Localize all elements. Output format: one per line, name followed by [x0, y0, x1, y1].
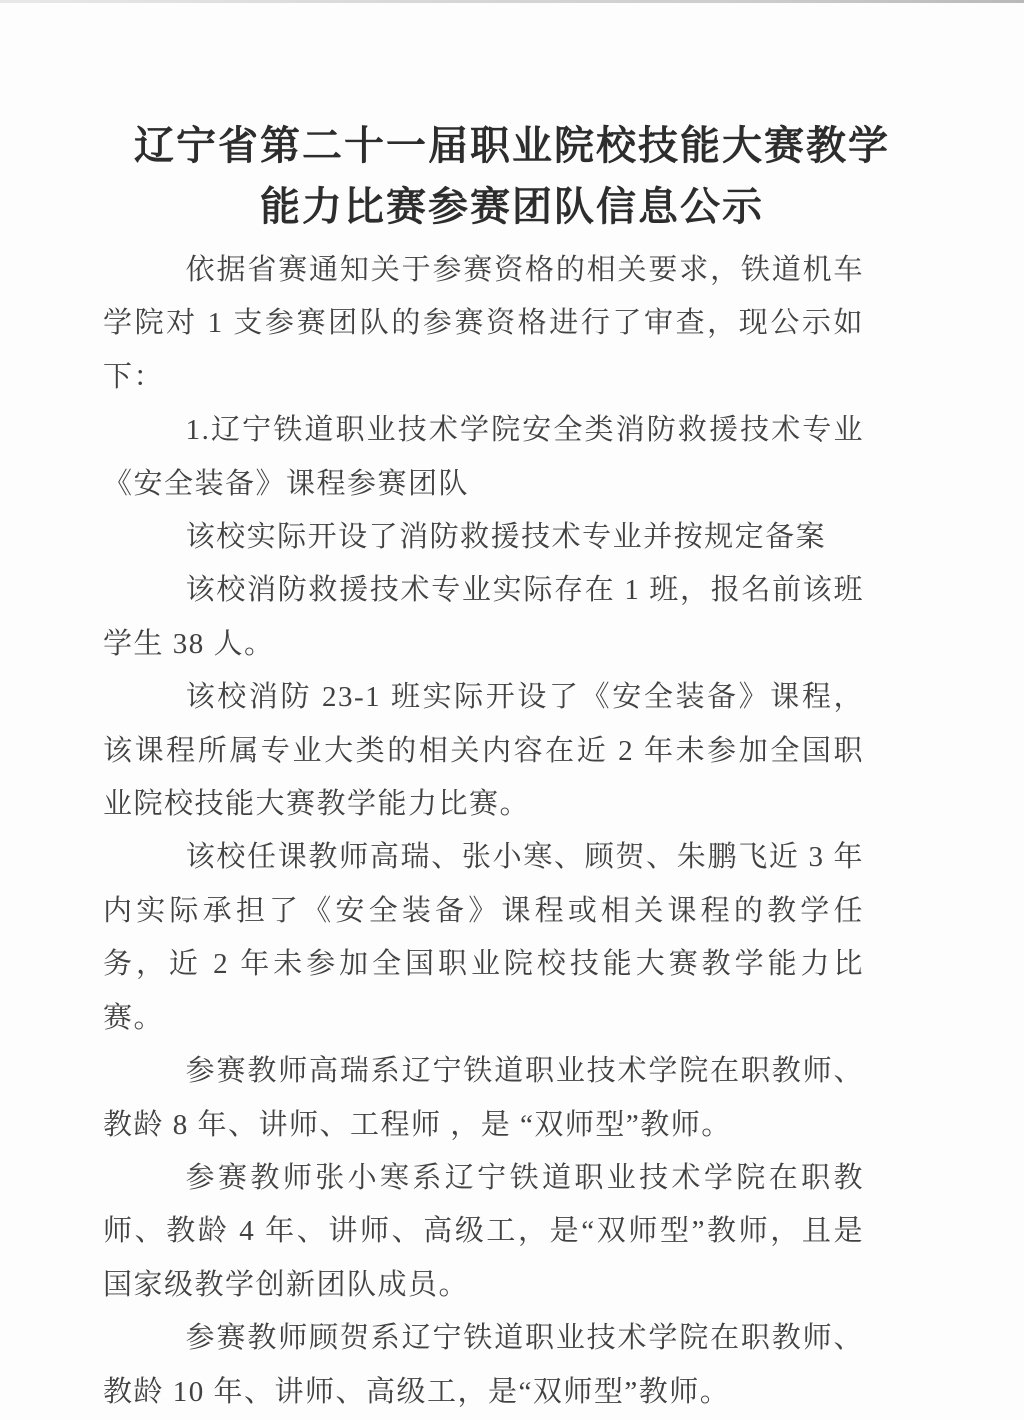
paragraph-teacher-guhe: 参赛教师顾贺系辽宁铁道职业技术学院在职教师、教龄 10 年、讲师、高级工，是“双…: [103, 1312, 864, 1419]
paragraph-teachers-duty: 该校任课教师高瑞、张小寒、顾贺、朱鹏飞近 3 年内实际承担了《安全装备》课程或相…: [103, 831, 864, 1045]
paragraph-intro: 依据省赛通知关于参赛资格的相关要求，铁道机车学院对 1 支参赛团队的参赛资格进行…: [103, 244, 864, 404]
paragraph-team-heading: 1.辽宁铁道职业技术学院安全类消防救援技术专业《安全装备》课程参赛团队: [103, 404, 864, 511]
paragraph-teacher-gaorui: 参赛教师高瑞系辽宁铁道职业技术学院在职教师、教龄 8 年、讲师、工程师 ，是 “…: [103, 1045, 864, 1152]
document-body: 依据省赛通知关于参赛资格的相关要求，铁道机车学院对 1 支参赛团队的参赛资格进行…: [0, 244, 1024, 1419]
paragraph-course-offered: 该校消防 23-1 班实际开设了《安全装备》课程，该课程所属专业大类的相关内容在…: [103, 671, 864, 831]
document-title-line-2: 能力比赛参赛团队信息公示: [80, 177, 944, 238]
paragraph-class-size: 该校消防救援技术专业实际存在 1 班，报名前该班学生 38 人。: [103, 564, 864, 671]
scan-edge-artifact: [0, 0, 1024, 3]
paragraph-teacher-zhangxiaohan: 参赛教师张小寒系辽宁铁道职业技术学院在职教师、教龄 4 年、讲师、高级工，是“双…: [103, 1152, 864, 1312]
paragraph-major-registered: 该校实际开设了消防救援技术专业并按规定备案: [103, 511, 864, 564]
document-title-line-1: 辽宁省第二十一届职业院校技能大赛教学: [80, 116, 944, 177]
scanned-document-page: 辽宁省第二十一届职业院校技能大赛教学 能力比赛参赛团队信息公示 依据省赛通知关于…: [0, 0, 1024, 1420]
document-title: 辽宁省第二十一届职业院校技能大赛教学 能力比赛参赛团队信息公示: [80, 116, 944, 238]
